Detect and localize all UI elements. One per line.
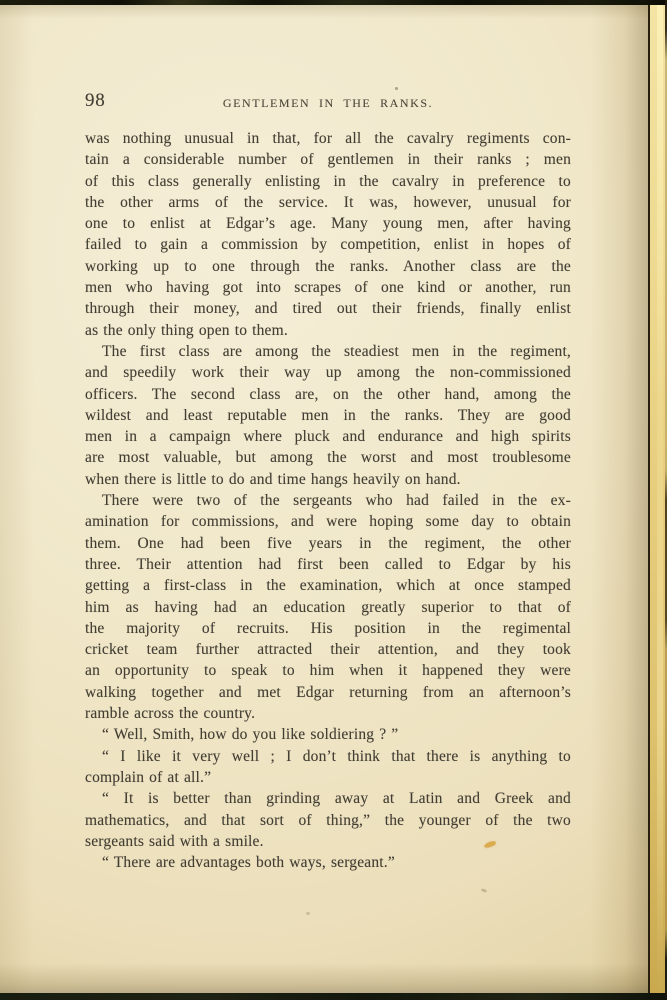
text-line: one to enlist at Edgar’s age. Many young… — [85, 213, 571, 234]
text-line: sergeants said with a smile. — [85, 831, 571, 852]
paper-shadow-bottom — [0, 963, 667, 993]
text-line: through their money, and tired out their… — [85, 298, 571, 319]
paper-shadow-top — [0, 5, 667, 19]
text-line: an opportunity to speak to him when it h… — [85, 660, 571, 681]
text-line: There were two of the sergeants who had … — [85, 490, 571, 511]
text-line: “ There are advantages both ways, sergea… — [85, 852, 571, 873]
text-line: amination for commissions, and were hopi… — [85, 511, 571, 532]
paper-speck — [481, 888, 488, 893]
text-line: getting a first-class in the examination… — [85, 575, 571, 596]
scan-top-edge — [0, 0, 667, 5]
text-line: tain a considerable number of gentlemen … — [85, 149, 571, 170]
text-line: walking together and met Edgar returning… — [85, 682, 571, 703]
text-line: mathematics, and that sort of thing,” th… — [85, 810, 571, 831]
scan-bottom-edge — [0, 993, 667, 1000]
text-line: men in a campaign where pluck and endura… — [85, 426, 571, 447]
text-line: are most valuable, but among the worst a… — [85, 447, 571, 468]
text-line: “ Well, Smith, how do you like soldierin… — [85, 724, 571, 745]
page-number: 98 — [85, 90, 106, 112]
page-header: 98 GENTLEMEN IN THE RANKS. — [85, 90, 571, 116]
running-title: GENTLEMEN IN THE RANKS. — [223, 96, 433, 111]
text-line: of this class generally enlisting in the… — [85, 171, 571, 192]
text-line: was nothing unusual in that, for all the… — [85, 128, 571, 149]
paper-shadow-left — [0, 0, 34, 1000]
text-line: “ It is better than grinding away at Lat… — [85, 788, 571, 809]
text-line: and speedily work their way up among the… — [85, 362, 571, 383]
text-line: complain of at all.” — [85, 767, 571, 788]
text-line: when there is little to do and time hang… — [85, 469, 571, 490]
page-text: was nothing unusual in that, for all the… — [85, 128, 571, 873]
text-line: the other arms of the service. It was, h… — [85, 192, 571, 213]
text-line: wildest and least reputable men in the r… — [85, 405, 571, 426]
text-line: the majority of recruits. His position i… — [85, 618, 571, 639]
gilt-page-edge-sheen — [657, 0, 663, 1000]
text-line: failed to gain a commission by competiti… — [85, 234, 571, 255]
text-line: working up to one through the ranks. Ano… — [85, 256, 571, 277]
text-line: men who having got into scrapes of one k… — [85, 277, 571, 298]
text-line: as the only thing open to them. — [85, 320, 571, 341]
text-line: him as having had an education greatly s… — [85, 597, 571, 618]
book-page-scan: 98 GENTLEMEN IN THE RANKS. was nothing u… — [0, 0, 667, 1000]
text-line: The first class are among the steadiest … — [85, 341, 571, 362]
paper-shadow-right — [590, 0, 648, 1000]
paper-speck — [306, 912, 310, 915]
paper-speck — [395, 87, 398, 90]
text-line: “ I like it very well ; I don’t think th… — [85, 746, 571, 767]
text-line: cricket team further attracted their att… — [85, 639, 571, 660]
text-line: ramble across the country. — [85, 703, 571, 724]
text-line: them. One had been five years in the reg… — [85, 533, 571, 554]
text-line: officers. The second class are, on the o… — [85, 384, 571, 405]
text-line: three. Their attention had first been ca… — [85, 554, 571, 575]
